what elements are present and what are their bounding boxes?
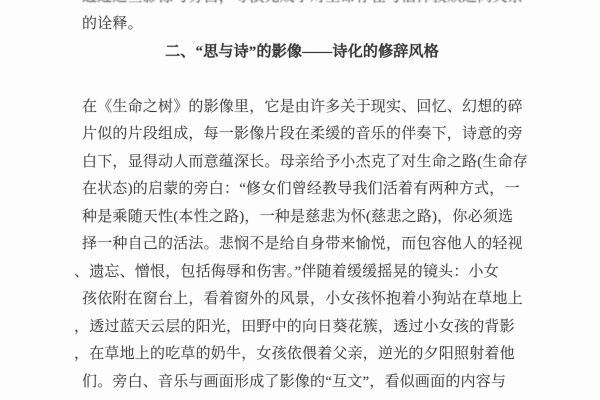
body-line: 白下，显得动人而意蕴深长。母亲给予小杰克了对生命之路(生命存 — [82, 149, 522, 177]
body-line: 、遗忘、憎恨，包括侮辱和伤害。”伴随着缓缓摇晃的镜头：小女 — [74, 259, 522, 287]
text-block: 透过这些影像与旁白，导演完成了对生命存在与信仰救赎之间关系 的诠释。 二、“思与… — [82, 0, 522, 396]
clipped-top-line: 透过这些影像与旁白，导演完成了对生命存在与信仰救赎之间关系 — [82, 0, 522, 11]
document-page: 透过这些影像与旁白，导演完成了对生命存在与信仰救赎之间关系 的诠释。 二、“思与… — [0, 0, 600, 400]
body-line: 在状态)的启蒙的旁白：“修女们曾经教导我们活着有两种方式，一 — [82, 176, 522, 204]
body-line: 在《生命之树》的影像里，它是由许多关于现实、回忆、幻想的碎 — [82, 94, 522, 122]
body-line: 择一种自己的活法。悲悯不是给自身带来愉悦，而包容他人的轻视 — [82, 231, 522, 259]
body-line: ，在草地上的吃草的奶牛，女孩依偎着父亲，逆光的夕阳照射着他 — [74, 341, 522, 369]
body-line: 们。旁白、音乐与画面形成了影像的“互文”，看似画面的内容与 — [82, 369, 522, 397]
section-heading: 二、“思与诗”的影像——诗化的修辞风格 — [82, 39, 522, 67]
body-line: 孩依附在窗台上，看着窗外的风景，小女孩怀抱着小狗站在草地上 — [82, 286, 522, 314]
body-line: ，透过蓝天云层的阳光，田野中的向日葵花簇，透过小女孩的背影 — [74, 314, 522, 342]
paragraph-end-line: 的诠释。 — [82, 11, 522, 39]
blank-line — [82, 66, 522, 94]
body-line: 片似的片段组成，每一影像片段在柔缓的音乐的伴奏下，诗意的旁 — [82, 121, 522, 149]
body-line: 种是乘随天性(本性之路)，一种是慈悲为怀(慈悲之路)，你必须选 — [82, 204, 522, 232]
